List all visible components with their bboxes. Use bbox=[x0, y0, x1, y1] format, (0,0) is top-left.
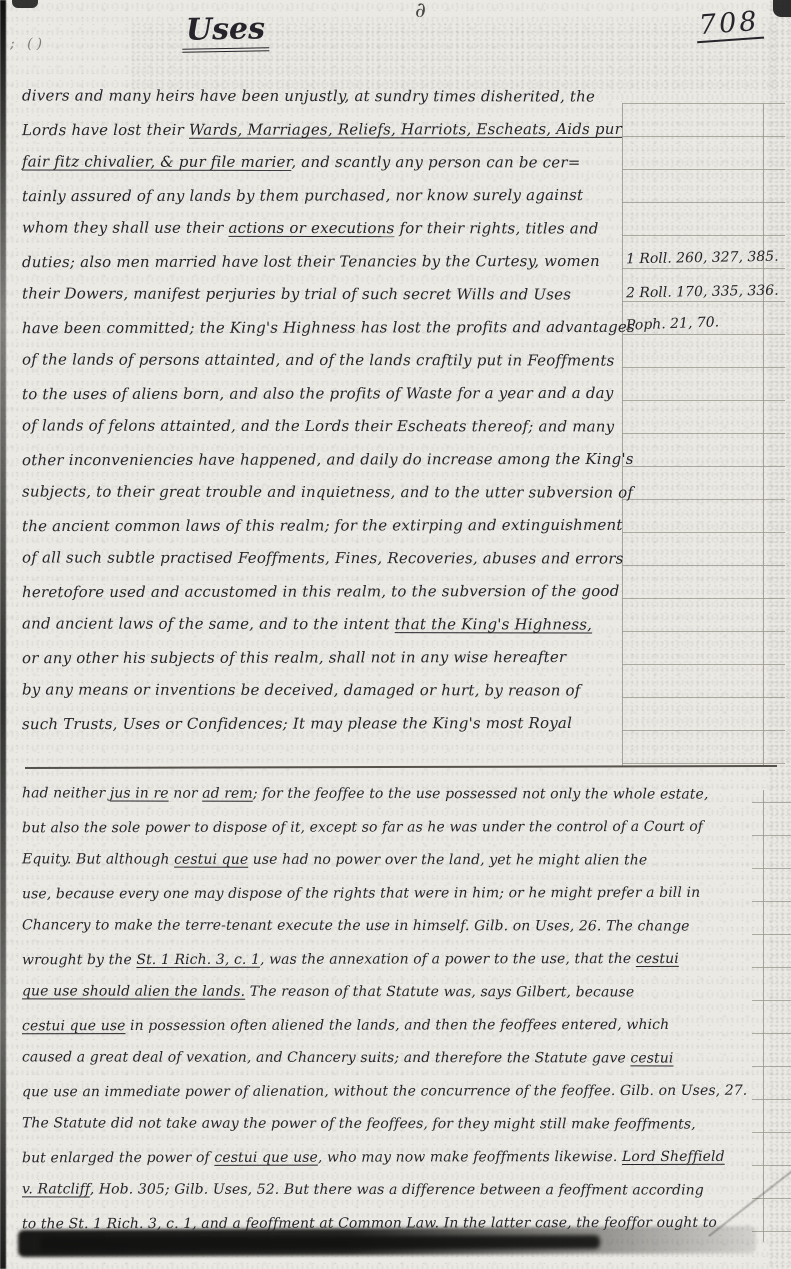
statute-preamble-block: divers and many heirs have been unjustly… bbox=[22, 80, 634, 740]
manuscript-line: caused a great deal of vexation, and Cha… bbox=[22, 1041, 770, 1075]
ruled-line bbox=[622, 499, 785, 500]
manuscript-line: Chancery to make the terre-tenant execut… bbox=[22, 909, 770, 943]
manuscript-line: cestui que use in possession often alien… bbox=[22, 1009, 770, 1044]
stray-ink-mark-center: ∂ bbox=[415, 0, 426, 22]
ruled-line bbox=[622, 598, 785, 599]
page-number: 708 bbox=[695, 6, 764, 44]
manuscript-line: other inconveniencies have happened, and… bbox=[22, 443, 634, 477]
manuscript-line: but enlarged the power of cestui que use… bbox=[22, 1141, 770, 1176]
ruled-line bbox=[622, 433, 785, 434]
manuscript-line: of lands of felons attainted, and the Lo… bbox=[22, 409, 634, 443]
ruled-line bbox=[622, 400, 785, 401]
page-edge-shadow-left bbox=[0, 0, 6, 1269]
manuscript-line: Lords have lost their Wards, Marriages, … bbox=[22, 113, 634, 147]
manuscript-line: of all such subtle practised Feoffments,… bbox=[22, 541, 634, 575]
manuscript-line: wrought by the St. 1 Rich. 3, c. 1, was … bbox=[22, 943, 770, 978]
ruled-line bbox=[622, 697, 785, 698]
section-divider-line bbox=[25, 765, 777, 769]
manuscript-line: to the uses of aliens born, and also the… bbox=[22, 377, 634, 411]
manuscript-line: que use should alien the lands. The reas… bbox=[22, 975, 770, 1009]
ruled-line bbox=[622, 103, 785, 104]
manuscript-page: ; () ∂ Uses 708 divers and many heirs ha… bbox=[0, 0, 791, 1269]
manuscript-line: the ancient common laws of this realm; f… bbox=[22, 509, 634, 543]
manuscript-line: by any means or inventions be deceived, … bbox=[22, 673, 634, 707]
manuscript-line: their Dowers, manifest perjuries by tria… bbox=[22, 277, 634, 311]
manuscript-line: que use an immediate power of alienation… bbox=[22, 1075, 770, 1110]
ruled-line bbox=[622, 334, 785, 335]
manuscript-line: duties; also men married have lost their… bbox=[22, 245, 634, 279]
manuscript-line: The Statute did not take away the power … bbox=[22, 1107, 770, 1141]
bleedthrough-noise-margin bbox=[622, 100, 790, 768]
ruled-line bbox=[622, 136, 785, 137]
ruled-line bbox=[622, 466, 785, 467]
page-title: Uses bbox=[182, 11, 270, 53]
ruled-line bbox=[622, 664, 785, 665]
manuscript-line: whom they shall use their actions or exe… bbox=[22, 211, 634, 245]
margin-note: Poph. 21, 70. bbox=[626, 314, 720, 333]
ruled-line bbox=[622, 268, 785, 269]
ink-smudge-core bbox=[40, 1235, 600, 1251]
ruled-line bbox=[763, 103, 764, 767]
manuscript-line: v. Ratcliff, Hob. 305; Gilb. Uses, 52. B… bbox=[22, 1173, 770, 1207]
manuscript-line: heretofore used and accustomed in this r… bbox=[22, 575, 634, 609]
ruled-line bbox=[622, 763, 785, 764]
commentary-block: had neither jus in re nor ad rem; for th… bbox=[22, 778, 770, 1240]
manuscript-line: have been committed; the King's Highness… bbox=[22, 311, 634, 345]
manuscript-line: but also the sole power to dispose of it… bbox=[22, 811, 770, 846]
ruled-line bbox=[622, 367, 785, 368]
ruled-line bbox=[622, 631, 785, 632]
bleedthrough-noise-right-edge bbox=[768, 0, 791, 1269]
ruled-line bbox=[622, 565, 785, 566]
ruled-line bbox=[622, 202, 785, 203]
margin-note: 2 Roll. 170, 335, 336. bbox=[626, 283, 779, 302]
margin-note: 1 Roll. 260, 327, 385. bbox=[626, 249, 779, 268]
ruled-line bbox=[622, 301, 785, 302]
scan-mark-top-left bbox=[12, 0, 38, 8]
manuscript-line: such Trusts, Uses or Confidences; It may… bbox=[22, 707, 634, 741]
ruled-line bbox=[622, 235, 785, 236]
manuscript-line: and ancient laws of the same, and to the… bbox=[22, 607, 634, 641]
ruled-line bbox=[622, 532, 785, 533]
manuscript-line: fair fitz chivalier, & pur file marier, … bbox=[22, 145, 634, 179]
manuscript-line: use, because every one may dispose of th… bbox=[22, 877, 770, 912]
ruled-line bbox=[622, 169, 785, 170]
manuscript-line: had neither jus in re nor ad rem; for th… bbox=[22, 777, 770, 811]
manuscript-line: subjects, to their great trouble and inq… bbox=[22, 475, 634, 509]
stray-ink-marks: ; () bbox=[10, 36, 46, 52]
manuscript-line: Equity. But although cestui que use had … bbox=[22, 843, 770, 877]
scan-mark-top-right bbox=[773, 0, 791, 17]
manuscript-line: divers and many heirs have been unjustly… bbox=[22, 79, 634, 113]
ruled-line bbox=[622, 730, 785, 731]
manuscript-line: of the lands of persons attainted, and o… bbox=[22, 343, 634, 377]
manuscript-line: tainly assured of any lands by them purc… bbox=[22, 179, 634, 213]
manuscript-line: or any other his subjects of this realm,… bbox=[22, 641, 634, 675]
